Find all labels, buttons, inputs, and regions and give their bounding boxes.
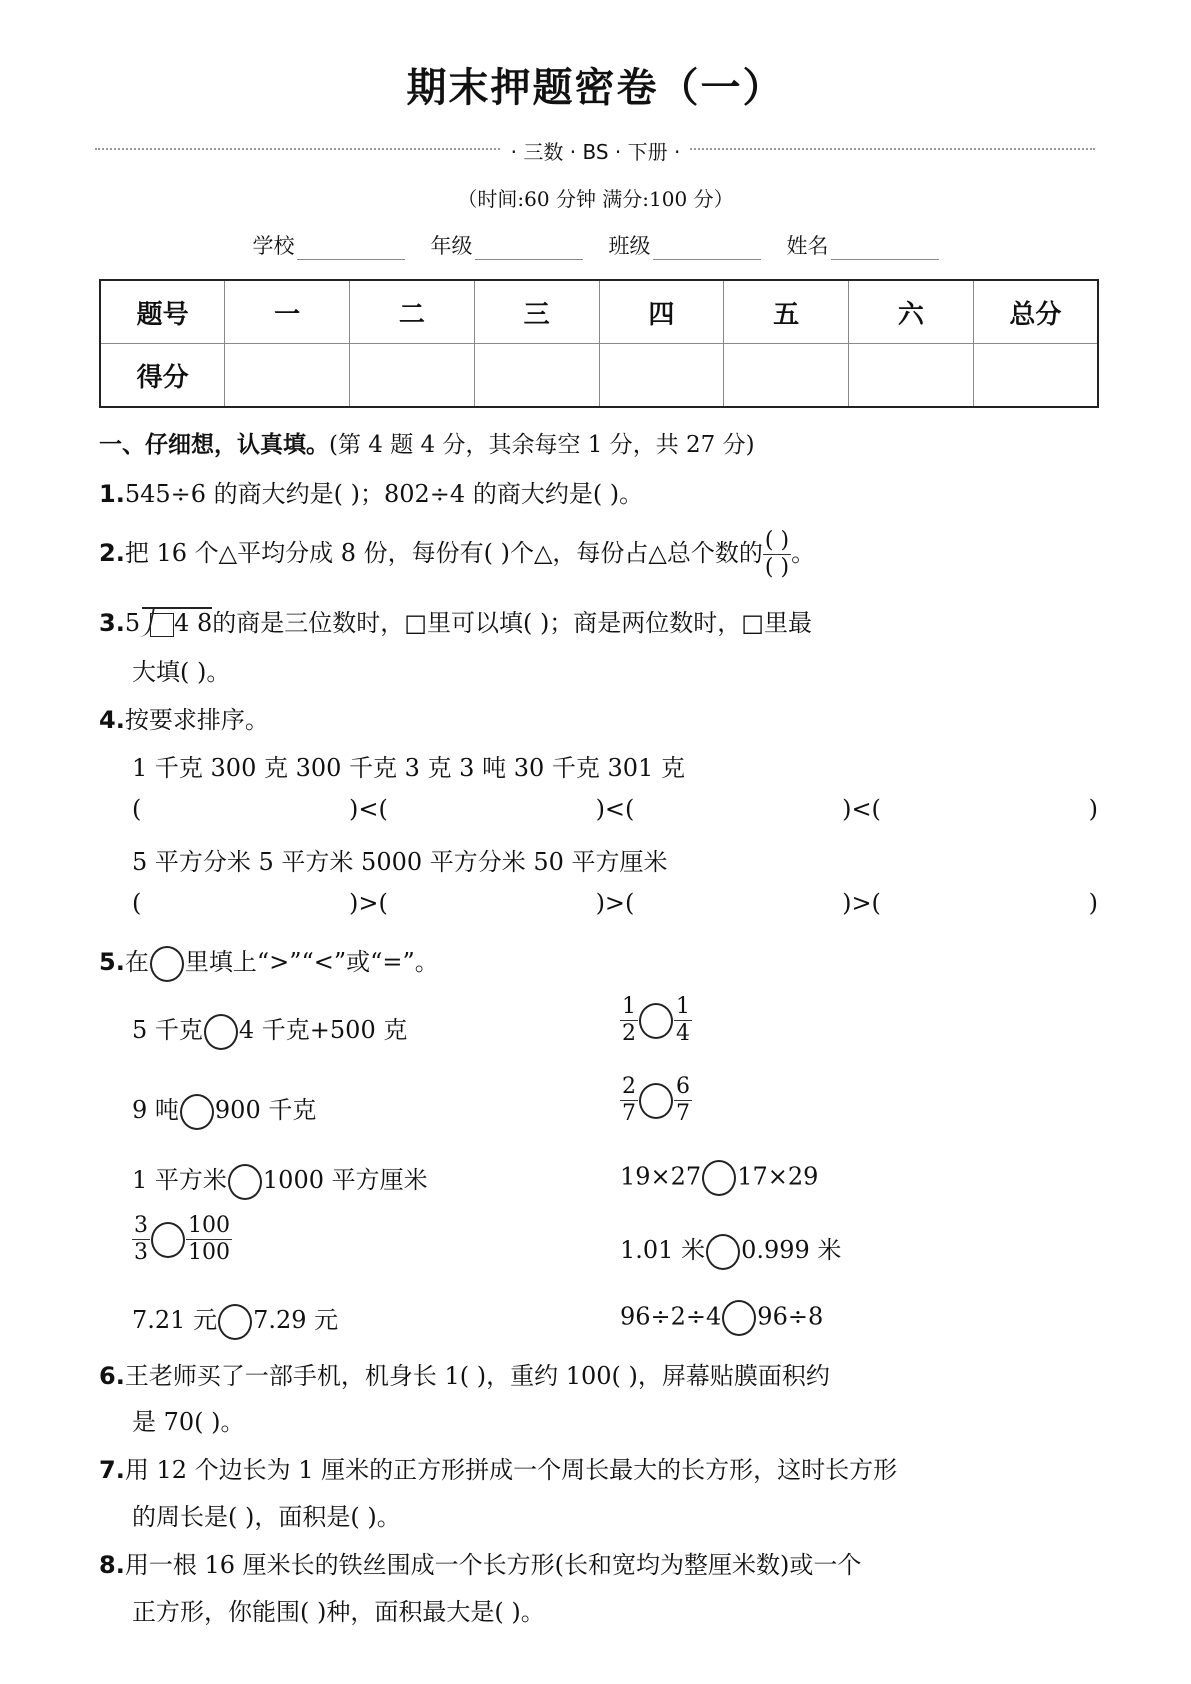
square-icon <box>150 613 174 637</box>
compare-circle[interactable] <box>722 1300 756 1336</box>
circle-icon <box>150 946 184 982</box>
name-input[interactable] <box>831 235 939 260</box>
school-field[interactable]: 学校 <box>253 230 405 260</box>
subtitle: · 三数 · BS · 下册 · <box>0 136 1191 165</box>
compare-circle[interactable] <box>151 1222 185 1258</box>
long-division-icon: 4 8 <box>142 607 212 637</box>
compare-item: 9 吨900 千克 <box>132 1090 316 1130</box>
time-info: （时间:60 分钟 满分:100 分） <box>0 183 1191 212</box>
question-7-line2: 的周长是( )，面积是( )。 <box>132 1497 401 1532</box>
table-cell: 五 <box>724 280 849 344</box>
section-heading: 一、仔细想，认真填。(第 4 题 4 分，其余每空 1 分，共 27 分) <box>99 426 755 459</box>
question-8: 8.用一根 16 厘米长的铁丝围成一个长方形(长和宽均为整厘米数)或一个 <box>99 1545 861 1580</box>
score-cell[interactable] <box>599 344 724 408</box>
q4-row1-blanks[interactable]: ()<()<()<() <box>132 795 1098 823</box>
table-cell: 二 <box>350 280 475 344</box>
compare-circle[interactable] <box>204 1014 238 1050</box>
score-cell[interactable] <box>849 344 974 408</box>
class-field[interactable]: 班级 <box>609 230 761 260</box>
score-table: 题号 一 二 三 四 五 六 总分 得分 <box>99 279 1099 408</box>
table-row: 题号 一 二 三 四 五 六 总分 <box>100 280 1098 344</box>
question-8-line2: 正方形，你能围( )种，面积最大是( )。 <box>132 1592 545 1627</box>
compare-circle[interactable] <box>706 1234 740 1270</box>
question-3: 3.54 8的商是三位数时，□里可以填( )；商是两位数时，□里最 <box>99 603 812 638</box>
table-row: 得分 <box>100 344 1098 408</box>
question-2: 2.把 16 个△平均分成 8 份，每份有( )个△，每份占△总个数的( )( … <box>99 530 815 579</box>
compare-circle[interactable] <box>702 1160 736 1196</box>
fraction-blank[interactable]: ( )( ) <box>763 530 791 579</box>
grade-input[interactable] <box>475 235 583 260</box>
question-6: 6.王老师买了一部手机，机身长 1( )，重约 100( )，屏幕贴膜面积约 <box>99 1356 830 1391</box>
question-4: 4.按要求排序。 <box>99 700 269 735</box>
page-title: 期末押题密卷（一） <box>0 56 1191 113</box>
compare-circle[interactable] <box>218 1304 252 1340</box>
question-7: 7.用 12 个边长为 1 厘米的正方形拼成一个周长最大的长方形，这时长方形 <box>99 1450 897 1485</box>
question-3-line2: 大填( )。 <box>132 652 230 687</box>
question-1: 1.545÷6 的商大约是( )；802÷4 的商大约是( )。 <box>99 474 643 509</box>
score-cell[interactable] <box>225 344 350 408</box>
table-cell: 一 <box>225 280 350 344</box>
compare-item: 1.01 米0.999 米 <box>620 1230 841 1270</box>
compare-item: 96÷2÷496÷8 <box>620 1300 823 1336</box>
compare-item: 19×2717×29 <box>620 1160 818 1196</box>
q4-row2-blanks[interactable]: ()>()>()>() <box>132 889 1098 917</box>
compare-item: 7.21 元7.29 元 <box>132 1300 338 1340</box>
compare-circle[interactable] <box>228 1164 262 1200</box>
q4-row2-items: 5 平方分米 5 平方米 5000 平方分米 50 平方厘米 <box>132 842 668 877</box>
compare-item: 1 平方米1000 平方厘米 <box>132 1160 428 1200</box>
table-cell: 三 <box>474 280 599 344</box>
score-cell[interactable] <box>724 344 849 408</box>
class-input[interactable] <box>653 235 761 260</box>
compare-circle[interactable] <box>639 1003 673 1039</box>
q4-row1-items: 1 千克 300 克 300 千克 3 克 3 吨 30 千克 301 克 <box>132 748 685 783</box>
table-cell: 得分 <box>100 344 225 408</box>
student-info-fields: 学校 年级 班级 姓名 <box>0 230 1191 260</box>
compare-circle[interactable] <box>639 1083 673 1119</box>
score-cell[interactable] <box>973 344 1098 408</box>
score-cell[interactable] <box>350 344 475 408</box>
score-cell[interactable] <box>474 344 599 408</box>
compare-item: 2767 <box>620 1076 692 1125</box>
table-cell: 总分 <box>973 280 1098 344</box>
question-5: 5.在里填上“>”“<”或“=”。 <box>99 942 439 982</box>
grade-field[interactable]: 年级 <box>431 230 583 260</box>
compare-item: 33100100 <box>132 1215 232 1264</box>
compare-circle[interactable] <box>180 1094 214 1130</box>
table-cell: 四 <box>599 280 724 344</box>
question-6-line2: 是 70( )。 <box>132 1402 245 1437</box>
name-field[interactable]: 姓名 <box>787 230 939 260</box>
table-cell: 题号 <box>100 280 225 344</box>
compare-item: 5 千克4 千克+500 克 <box>132 1010 407 1050</box>
compare-item: 1214 <box>620 996 692 1045</box>
school-input[interactable] <box>297 235 405 260</box>
table-cell: 六 <box>849 280 974 344</box>
